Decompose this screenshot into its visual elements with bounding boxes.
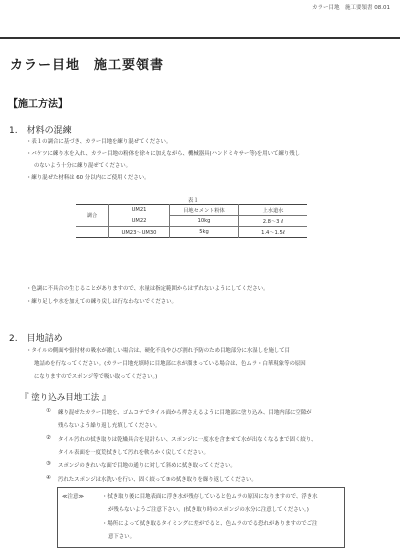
table-cell: 5kg [170,227,239,238]
step2-heading: 2. 目地詰め [9,331,63,344]
header-divider [0,37,400,39]
document-title: カラー目地 施工要領書 [10,54,164,73]
caution-line: が残らないようご注意下さい。(拭き取り時のスポンジの水分に注意してください。) [108,505,309,513]
step1-bullet: ・バケツに練り水を入れ、カラー目地の粉体を徐々に加えながら、機械器具(ハンドミキ… [26,149,300,157]
table-cell: 上水道水 [239,205,308,216]
method-step-line: タイル表面を一度荒拭きして汚れを軟らかく戻してください。 [58,448,209,456]
caution-line: ・拭き取り後に目地表面に浮き水が残存していると色ムラの原因になりますので、浮き水 [102,492,318,500]
caution-label: ≪注意≫ [62,492,84,500]
table-cell: UM21 [109,205,170,216]
table-caption: 表１ [188,196,199,204]
step1-heading: 1. 材料の混練 [9,123,72,136]
table-row-header: 調合 [76,205,109,227]
step2-line: ・タイルの側面や張付材の吸水が激しい場合は、硬化不良やひび割れ予防のため目地部分… [26,346,290,354]
method-heading: 『 塗り込み目地工法 』 [20,391,110,403]
table-cell: UM22 [109,216,170,227]
table-cell: 10kg [170,216,239,227]
running-header: カラー目地 施工要領書 08.01 [312,3,390,11]
method-step-number: ④ [46,475,51,481]
step2-line: 地詰めを行なってください。(カラー目地充填時に目地部に水が溜まっている場合は、色… [34,359,306,367]
step1-bullet: ・練り混ぜた材料は 60 分以内にご使用ください。 [26,173,150,181]
step1-bullet: ・色調に不具合の生じることがありますので、水量は指定範囲からはずれないようにして… [26,284,268,292]
method-step-line: 汚れたスポンジは水洗いを行い、固く絞って③の拭き取りを繰り返してください。 [58,475,257,483]
method-step-number: ② [46,435,51,441]
method-step-line: 残らないよう繰り返し充填してください。 [58,421,160,429]
table-cell: UM23〜UM30 [109,227,170,238]
step2-line: になりますのでスポンジ等で吸い取ってください。) [34,372,157,380]
caution-line: 意下さい。 [108,532,135,540]
table-cell: 1.4〜1.5ℓ [239,227,308,238]
step1-bullet: ・練り足しや水を加えての練り戻しは行なわないでください。 [26,297,177,305]
method-step-line: 練り混ぜたカラー目地を、ゴムコテでタイル面から押さえるように目地部に塗り込み、目… [58,408,312,416]
caution-box: ≪注意≫ ・拭き取り後に目地表面に浮き水が残存していると色ムラの原因になりますの… [57,487,345,548]
method-step-number: ③ [46,461,51,467]
table-cell: 目地セメント粉体 [170,205,239,216]
method-step-line: スポンジのきれいな面で目地の通りに対して斜めに拭き取ってください。 [58,461,236,469]
method-step-line: タイル汚れの拭き取りは乾燥具合を見計らい、スポンジに一度水を含ませて水が出なくな… [58,435,317,443]
caution-line: ・場所によって拭き取るタイミングに差がでると、色ムラのでる恐れがありますのでご注 [102,519,317,527]
table-cell: 2.8〜3 ℓ [239,216,308,227]
method-step-number: ① [46,408,51,414]
step1-bullet: ・表１の調合に基づき、カラー目地を練り混ぜてください。 [26,137,171,145]
step1-bullet-cont: のないよう十分に練り混ぜてください。 [34,161,131,169]
mix-table: 調合 UM21 目地セメント粉体 上水道水 UM22 10kg 2.8〜3 ℓ … [76,204,307,238]
section-heading: 【施工方法】 [8,95,68,110]
